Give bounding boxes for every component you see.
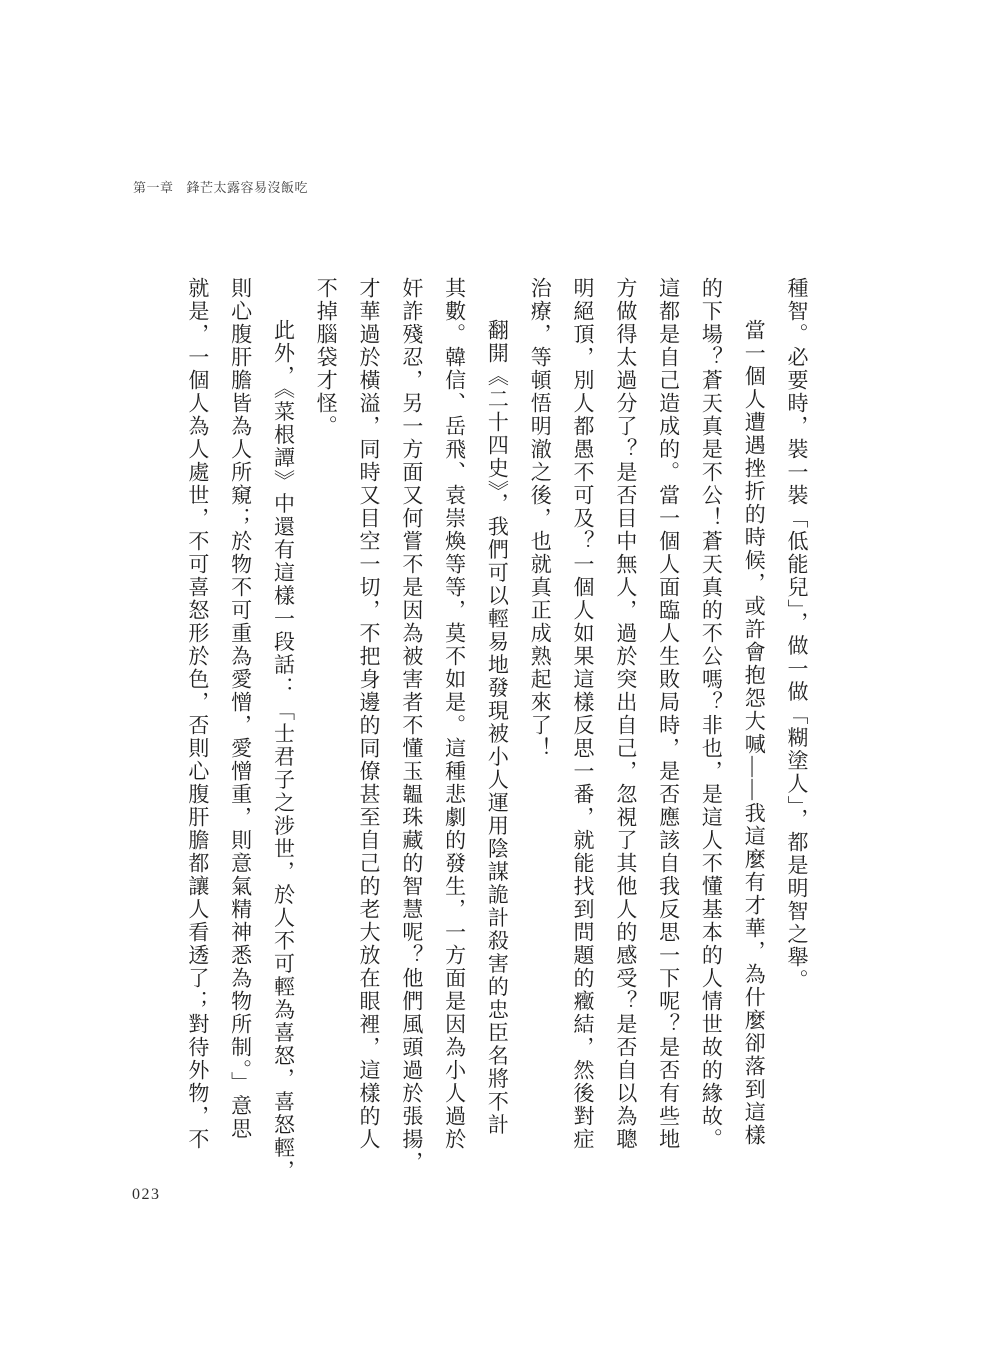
- paragraph: 種智。必要時，裝一裝「低能兒」，做一做「糊塗人」，都是明智之舉。: [775, 277, 818, 1157]
- paragraph: 當一個人遭遇挫折的時候，或許會抱怨大喊——我這麼有才華，為什麼卻落到這樣 的下場…: [518, 277, 775, 1157]
- chapter-title: 鋒芒太露容易沒飯吃: [187, 180, 309, 195]
- paragraph: 翻開《二十四史》，我們可以輕易地發現被小人運用陰謀詭計殺害的忠臣名將不計 其數。…: [304, 277, 518, 1157]
- page-number: 023: [132, 1186, 161, 1204]
- paragraph: 此外，《菜根譚》中還有這樣一段話：「士君子之涉世，於人不可輕為喜怒，喜怒輕， 則…: [176, 277, 304, 1157]
- running-header: 第一章鋒芒太露容易沒飯吃: [133, 177, 308, 196]
- chapter-label: 第一章: [133, 180, 174, 195]
- text-block: 種智。必要時，裝一裝「低能兒」，做一做「糊塗人」，都是明智之舉。當一個人遭遇挫折…: [176, 277, 818, 1157]
- book-page: 第一章鋒芒太露容易沒飯吃 種智。必要時，裝一裝「低能兒」，做一做「糊塗人」，都是…: [0, 0, 1000, 1356]
